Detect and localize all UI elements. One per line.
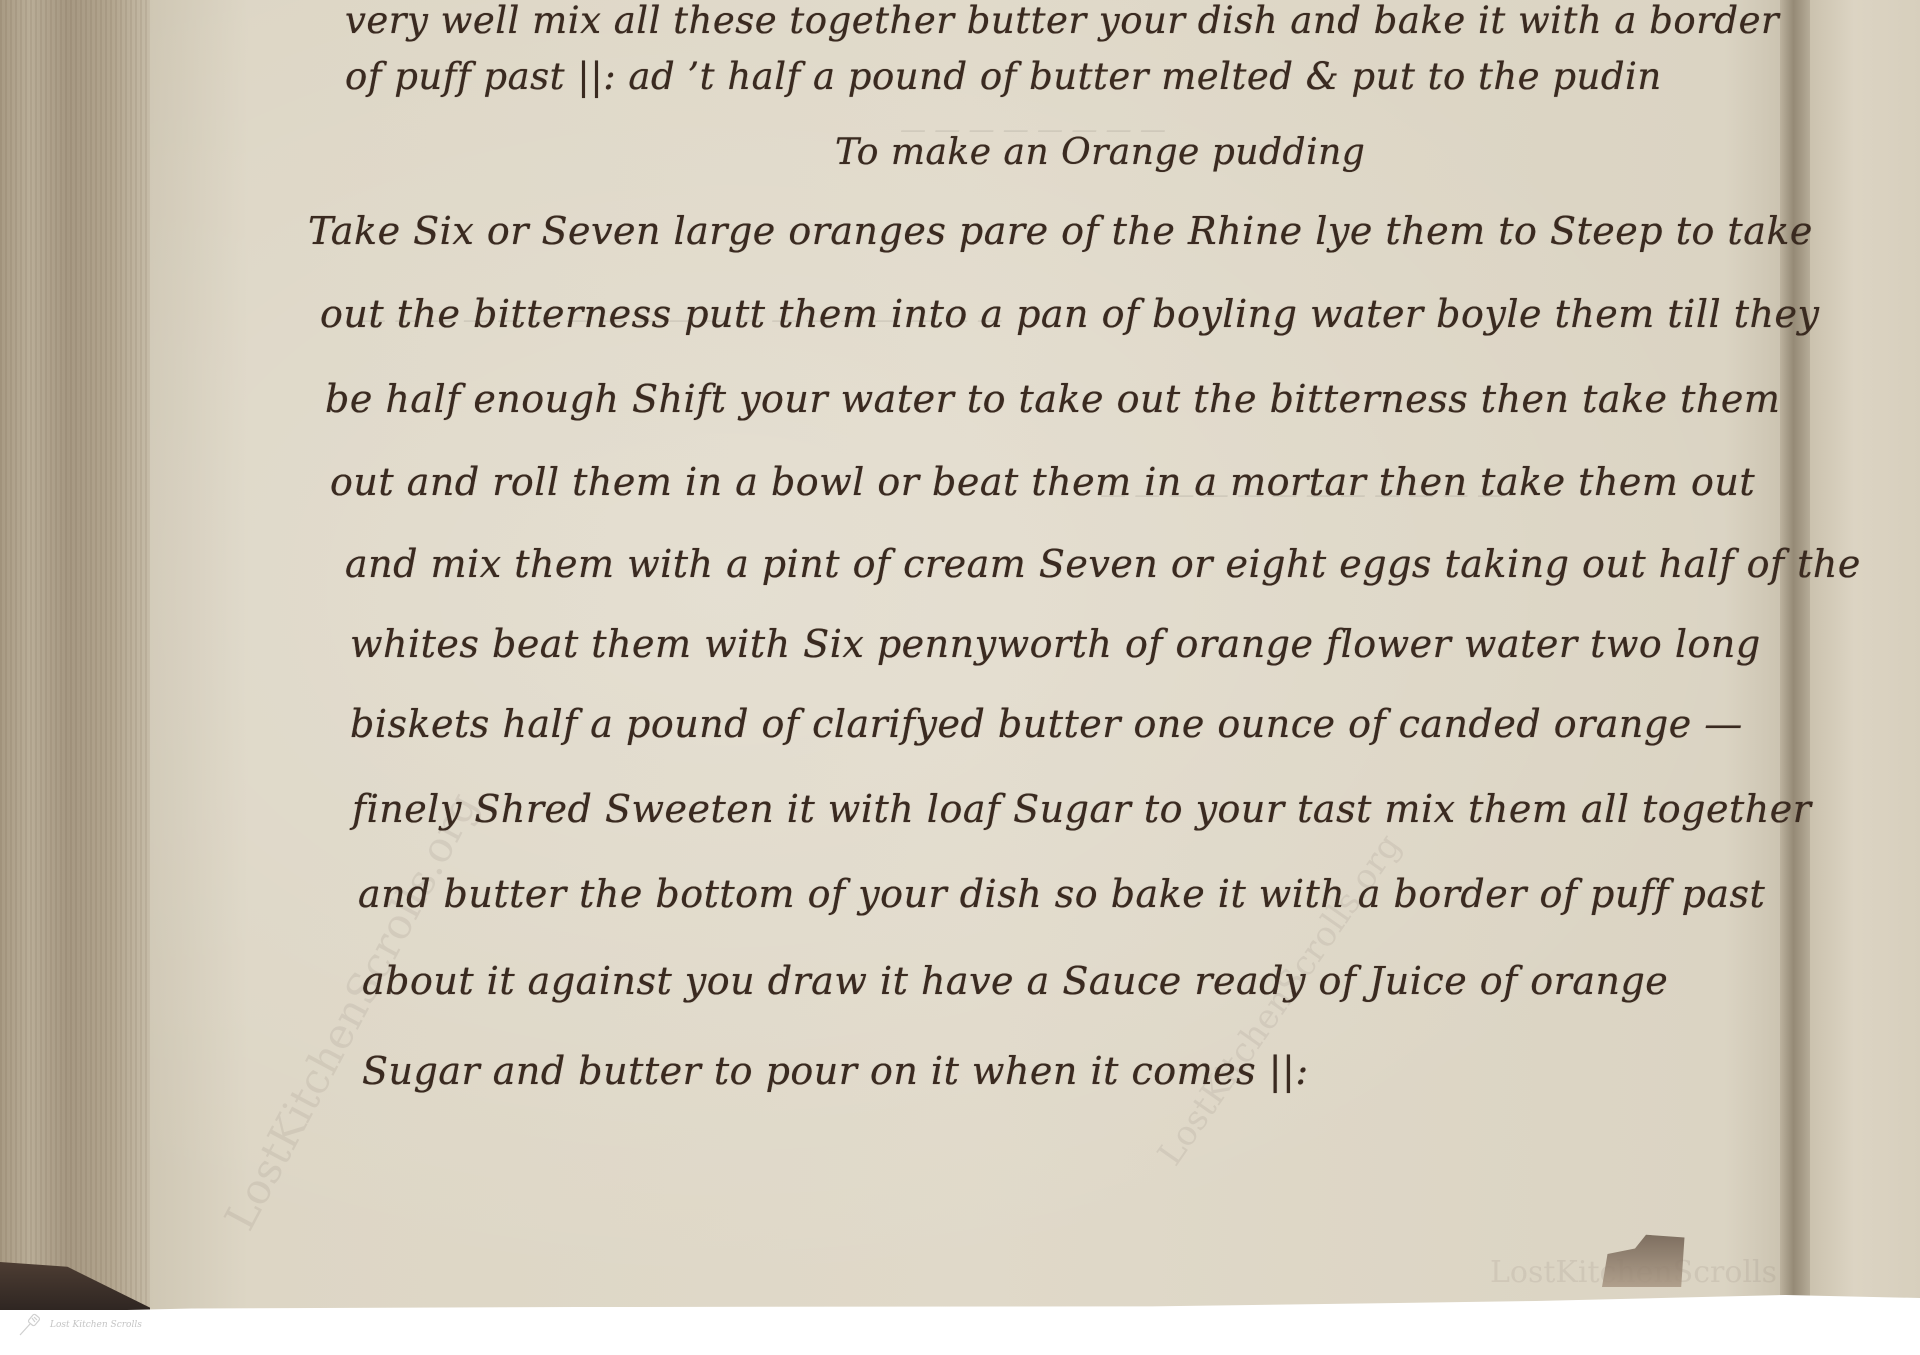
manuscript-line: out the bitterness putt them into a pan … xyxy=(320,295,1819,333)
manuscript-line: whites beat them with Six pennyworth of … xyxy=(350,625,1761,663)
manuscript-scan: — — — — — — — — — — — — — — — — — — — — … xyxy=(0,0,1920,1310)
manuscript-line: and butter the bottom of your dish so ba… xyxy=(358,875,1765,913)
manuscript-line: about it against you draw it have a Sauc… xyxy=(362,962,1668,1000)
manuscript-line: and mix them with a pint of cream Seven … xyxy=(345,545,1861,583)
manuscript-line: of puff past ||: ad ’t half a pound of b… xyxy=(345,58,1662,95)
recipe-title: To make an Orange pudding xyxy=(835,135,1365,171)
site-logo: Lost Kitchen Scrolls xyxy=(16,1312,142,1338)
manuscript-line: Take Six or Seven large oranges pare of … xyxy=(308,212,1813,250)
manuscript-line: Sugar and butter to pour on it when it c… xyxy=(362,1052,1309,1090)
manuscript-line: be half enough Shift your water to take … xyxy=(325,380,1780,418)
manuscript-line: very well mix all these together butter … xyxy=(345,2,1779,39)
manuscript-text: very well mix all these together butter … xyxy=(0,0,1920,1310)
manuscript-line: biskets half a pound of clarifyed butter… xyxy=(350,705,1743,743)
site-logo-text: Lost Kitchen Scrolls xyxy=(50,1320,142,1330)
spatula-icon xyxy=(16,1312,42,1338)
manuscript-line: finely Shred Sweeten it with loaf Sugar … xyxy=(352,790,1811,828)
manuscript-line: out and roll them in a bowl or beat them… xyxy=(330,463,1755,501)
